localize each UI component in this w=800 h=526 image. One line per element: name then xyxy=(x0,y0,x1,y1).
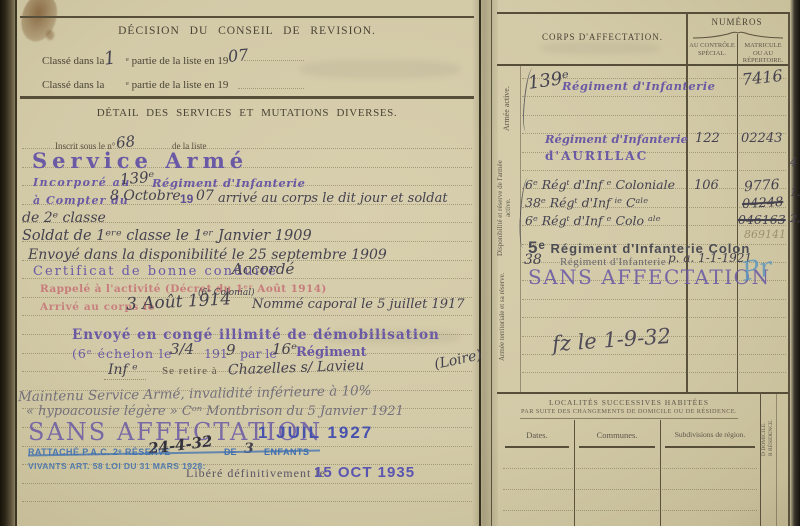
compter-year-print: 19 xyxy=(180,192,193,206)
decision-title: DÉCISION DU CONSEIL DE REVISION. xyxy=(20,25,474,37)
maintenu-line2: « hypoacousie légère » Cᵒⁿ Montbrison du… xyxy=(26,404,404,419)
localites-side-d: D DOMICILE. xyxy=(761,396,767,456)
corps-row2-stamp2: d'AURILLAC xyxy=(545,149,648,163)
localites-side-divider-2 xyxy=(776,392,777,526)
corps-row2-matricule: 02243 xyxy=(741,131,782,146)
left-page-edge-line xyxy=(15,0,17,526)
localites-side-r: R RÉSIDENCE. xyxy=(768,396,774,456)
corps-row8-stamp: SANS AFFECTATION xyxy=(528,265,771,289)
side-label-territoriale: Armée territoriale et sa réserve. xyxy=(498,268,514,366)
incorpore-num: 139ᵉ xyxy=(119,168,155,189)
corps-row3-controle: 106 xyxy=(694,178,719,193)
libere-date-stamp: 15 OCT 1935 xyxy=(314,464,415,481)
bleedthrough-smudge xyxy=(300,60,460,78)
localites-row-line xyxy=(503,468,757,469)
classe-row2-label: Classé dans la xyxy=(42,79,104,91)
localites-row-line xyxy=(503,510,757,511)
conge-stamp: Envoyé en congé illimité de démobilisati… xyxy=(72,327,440,343)
localites-title-underline xyxy=(520,418,738,419)
classe-row2-dotline xyxy=(238,88,304,89)
classe-row1-dotline xyxy=(244,60,304,61)
corps-affectation-header: CORPS D'AFFECTATION. xyxy=(520,32,685,42)
localites-col-communes: Communes. xyxy=(577,430,657,440)
localites-header-rule-1 xyxy=(505,446,569,448)
localites-subtitle: PAR SUITE DES CHANGEMENTS DE DOMICILE OU… xyxy=(500,408,758,415)
rule-mid xyxy=(20,96,474,99)
echelon-date: 3/4 xyxy=(170,340,194,358)
right-header-underline xyxy=(497,64,789,66)
bleedthrough-smudge xyxy=(540,42,660,54)
compter-note: arrivé au corps le dit jour et soldat xyxy=(218,191,474,206)
classe-row1-value: 1 xyxy=(103,47,117,69)
page-gutter xyxy=(472,0,498,526)
corps-row1-stamp: Régiment d'Infanterie xyxy=(562,79,715,93)
services-title: DÉTAIL DES SERVICES ET MUTATIONS DIVERSE… xyxy=(20,107,474,119)
libere-stamp: Libéré définitivement le xyxy=(186,466,326,481)
gutter-line-2 xyxy=(491,0,492,526)
classe-row1-rest: ᵉ partie de la liste en 19 xyxy=(126,55,228,67)
gutter-line-1 xyxy=(479,0,481,526)
corps-row5: 6ᵉ Régᵗ d'Inf ᵉ Colo ᵃˡᵉ xyxy=(525,213,661,228)
numeros-header: NUMÉROS xyxy=(687,17,787,27)
localites-header-rule-3 xyxy=(665,446,755,448)
margin-mark-2: 1. xyxy=(790,186,800,199)
left-binding-edge xyxy=(0,0,15,526)
right-table-border xyxy=(788,12,790,526)
classe-row1-year: 07 xyxy=(227,45,249,66)
compter-year-hand: 07 xyxy=(196,188,214,204)
echelon-year-print: 191 xyxy=(204,346,228,361)
compter-note2: de 2ᵉ classe xyxy=(22,210,106,226)
side-label-armee-active: Armée active. xyxy=(502,70,511,148)
rule-top xyxy=(20,16,474,18)
sans-affectation-date-stamp: 1 JUIL 1927 xyxy=(258,423,373,443)
margin-mark-1: 4 xyxy=(790,156,797,169)
margin-mark-3: 2, xyxy=(790,212,800,225)
localites-row-line xyxy=(503,489,757,490)
ink-stain xyxy=(17,0,62,45)
arrive-corps-sup: (6ᵉ Colonial) xyxy=(198,288,255,298)
matricule-col-header: MATRICULE OU AU RÉPERTOIRE. xyxy=(739,42,787,65)
corps-row3: 6ᵉ Régᵗ d'Inf ᵉ Coloniale xyxy=(525,177,675,192)
corps-row2-stamp1: Régiment d'Infanterie xyxy=(545,132,688,146)
classe-row1-label: Classé dans la xyxy=(42,55,104,67)
classe-row2-rest: ᵉ partie de la liste en 19 xyxy=(126,79,228,91)
side-label-disponibilite: Disponibilité et réserve de l'armée acti… xyxy=(496,152,514,264)
disponibilite-line: Envoyé dans la disponibilité le 25 septe… xyxy=(28,247,387,263)
compter-date: 8 Octobre xyxy=(110,188,181,204)
localites-title: LOCALITÉS SUCCESSIVES HABITÉES xyxy=(500,398,758,407)
localites-col-subdiv: Subdivisions de région. xyxy=(662,430,758,439)
rattache-num-hand: 3 xyxy=(244,441,254,457)
numeros-brace xyxy=(692,30,784,39)
corps-row3-matricule: 9776 xyxy=(743,177,780,195)
pencil-mark: Pr xyxy=(739,252,775,288)
caporal-note: Nommé caporal le 5 juillet 1917 xyxy=(252,297,465,312)
corps-row5-matricule: 046163 xyxy=(738,212,786,227)
corps-row4: 38ᵉ Régᵗ d'Inf ⁱᵉ Cᵃˡᵉ xyxy=(525,195,648,210)
corps-row2-controle: 122 xyxy=(695,131,720,146)
localites-header-rule-2 xyxy=(579,446,655,448)
right-rule-top xyxy=(497,12,789,14)
certificat-note: Accordé xyxy=(232,260,294,278)
echelon-year-hand: 9 xyxy=(226,341,236,359)
echelon-stamp: (6ᵉ échelon le xyxy=(72,346,172,361)
localites-divider xyxy=(497,392,789,394)
corps-row4-matricule: 04248 xyxy=(742,195,784,212)
soldat-line: Soldat de 1ᵉʳᵉ classe le 1ᵉʳ Janvier 190… xyxy=(22,228,312,244)
inf-hand: Inf ᵉ xyxy=(104,362,146,380)
controle-col-header: AU CONTRÔLE SPÉCIAL. xyxy=(688,42,736,57)
rattache-stamp-line2: VIVANTS ART. 58 LOI DU 31 MARS 1928: xyxy=(28,461,206,471)
localites-col-dates: Dates. xyxy=(502,430,572,440)
echelon-regnum: 16ᵉ xyxy=(272,340,297,358)
retire-stamp: Se retire à xyxy=(162,365,218,377)
military-register-scan: DÉCISION DU CONSEIL DE REVISION. Classé … xyxy=(0,0,800,526)
corps-row7-note: p. a. 1-1-1921 xyxy=(668,251,798,265)
